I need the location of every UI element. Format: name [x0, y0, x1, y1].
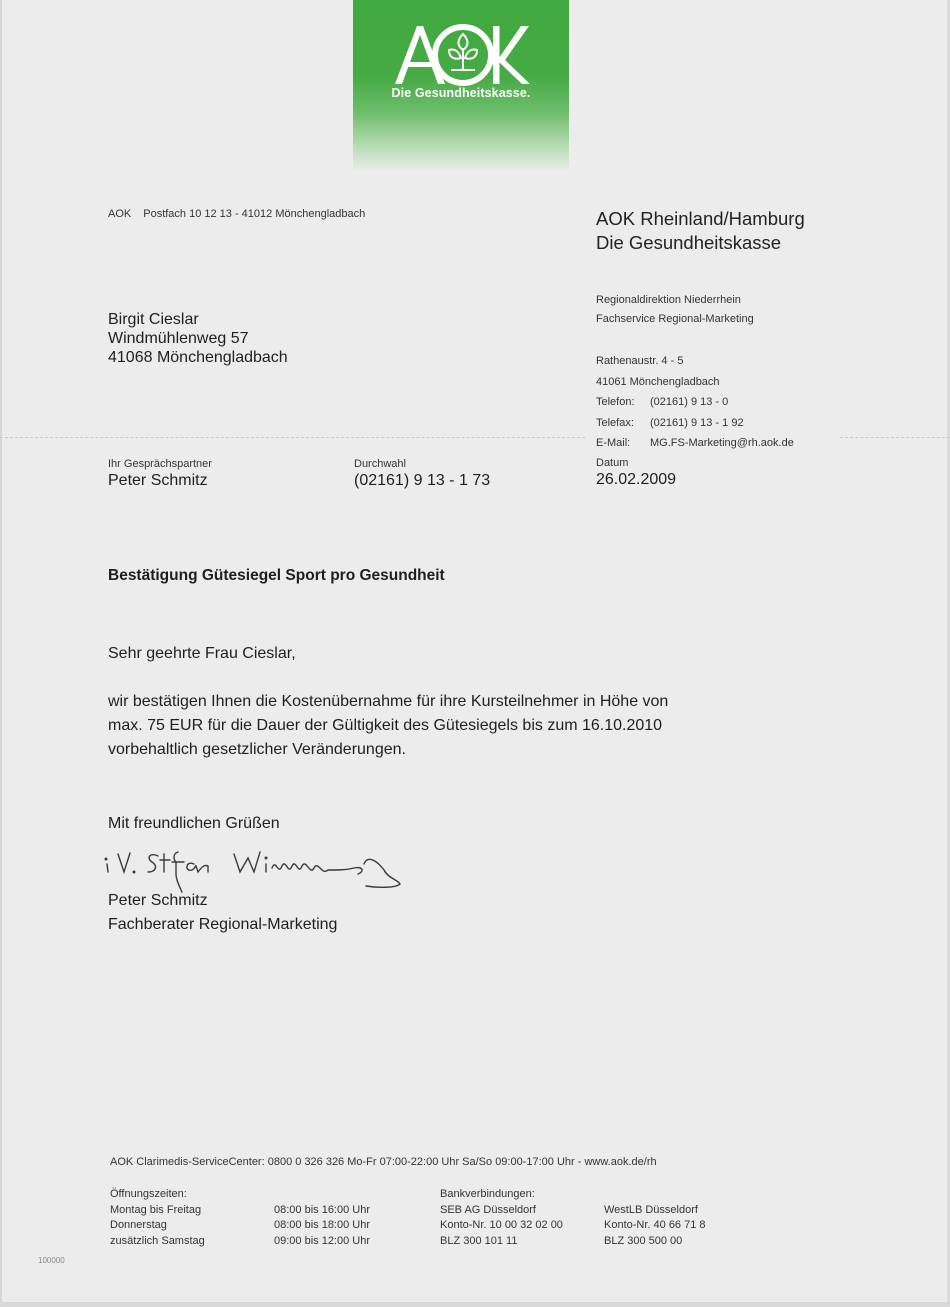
email-label: E-Mail:: [596, 433, 650, 454]
footer-hours-times: 08:00 bis 16:00 Uhr 08:00 bis 18:00 Uhr …: [274, 1203, 370, 1250]
bank-account: Konto-Nr. 10 00 32 02 00: [440, 1218, 563, 1234]
letter-subject: Bestätigung Gütesiegel Sport pro Gesundh…: [108, 567, 445, 585]
recipient-city: 41068 Mönchengladbach: [108, 348, 288, 367]
org-name-line1: AOK Rheinland/Hamburg: [596, 207, 805, 231]
letter-closing: Mit freundlichen Grüßen: [108, 815, 280, 833]
hours-day: Donnerstag: [110, 1218, 205, 1234]
fold-mark: [0, 437, 585, 438]
reference-date: Datum 26.02.2009: [596, 457, 676, 489]
reference-contact: Ihr Gesprächspartner Peter Schmitz: [108, 458, 212, 490]
hours-day: Montag bis Freitag: [110, 1203, 205, 1219]
signer-name: Peter Schmitz: [108, 889, 337, 913]
body-line: max. 75 EUR für die Dauer der Gültigkeit…: [108, 714, 668, 738]
email-value[interactable]: MG.FS-Marketing@rh.aok.de: [650, 437, 794, 449]
footer-bank-2: WestLB Düsseldorf Konto-Nr. 40 66 71 8 B…: [604, 1203, 706, 1250]
footer-hours-days: Öffnungszeiten: Montag bis Freitag Donne…: [110, 1187, 205, 1249]
footer-bank-1: Bankverbindungen: SEB AG Düsseldorf Kont…: [440, 1187, 563, 1249]
bank-name: WestLB Düsseldorf: [604, 1203, 706, 1219]
bank-blz: BLZ 300 101 11: [440, 1234, 563, 1250]
fold-mark: [840, 437, 950, 438]
fax-label: Telefax:: [596, 413, 650, 434]
contact-value: Peter Schmitz: [108, 472, 212, 490]
letter-salutation: Sehr geehrte Frau Cieslar,: [108, 645, 296, 663]
extension-label: Durchwahl: [354, 458, 490, 470]
extension-value: (02161) 9 13 - 1 73: [354, 472, 490, 490]
recipient-name: Birgit Cieslar: [108, 310, 288, 329]
hours-title: Öffnungszeiten:: [110, 1187, 205, 1203]
organization-department: Regionaldirektion Niederrhein Fachservic…: [596, 291, 754, 329]
letter-signer: Peter Schmitz Fachberater Regional-Marke…: [108, 889, 337, 937]
signer-title: Fachberater Regional-Marketing: [108, 913, 337, 937]
hours-time: 09:00 bis 12:00 Uhr: [274, 1234, 370, 1250]
org-city: 41061 Mönchengladbach: [596, 372, 794, 393]
scan-edge-left: [0, 0, 2, 1307]
aok-logo: Die Gesundheitskasse.: [353, 0, 569, 172]
organization-contact: Rathenaustr. 4 - 5 41061 Mönchengladbach…: [596, 351, 794, 454]
hours-time: 08:00 bis 16:00 Uhr: [274, 1203, 370, 1219]
hours-day: zusätzlich Samstag: [110, 1234, 205, 1250]
org-street: Rathenaustr. 4 - 5: [596, 351, 794, 372]
reference-extension: Durchwahl (02161) 9 13 - 1 73: [354, 458, 490, 490]
bank-title: Bankverbindungen:: [440, 1187, 563, 1203]
scan-edge-bottom: [0, 1302, 950, 1307]
organization-name: AOK Rheinland/Hamburg Die Gesundheitskas…: [596, 207, 805, 255]
phone-value: (02161) 9 13 - 0: [650, 396, 728, 408]
sender-return-address: AOKPostfach 10 12 13 - 41012 Mönchenglad…: [108, 208, 365, 220]
sender-org: AOK: [108, 208, 131, 220]
org-email-row: E-Mail:MG.FS-Marketing@rh.aok.de: [596, 433, 794, 454]
letter-body: wir bestätigen Ihnen die Kostenübernahme…: [108, 690, 668, 762]
document-code: 100000: [38, 1256, 65, 1265]
recipient-address: Birgit Cieslar Windmühlenweg 57 41068 Mö…: [108, 310, 288, 367]
org-department1: Regionaldirektion Niederrhein: [596, 291, 754, 310]
body-line: wir bestätigen Ihnen die Kostenübernahme…: [108, 690, 668, 714]
bank-blz: BLZ 300 500 00: [604, 1234, 706, 1250]
org-fax-row: Telefax:(02161) 9 13 - 1 92: [596, 413, 794, 434]
org-name-line2: Die Gesundheitskasse: [596, 231, 805, 255]
fax-value: (02161) 9 13 - 1 92: [650, 417, 744, 429]
org-department2: Fachservice Regional-Marketing: [596, 310, 754, 329]
hours-time: 08:00 bis 18:00 Uhr: [274, 1218, 370, 1234]
recipient-street: Windmühlenweg 57: [108, 329, 288, 348]
date-label: Datum: [596, 457, 676, 469]
footer-service-center: AOK Clarimedis-ServiceCenter: 0800 0 326…: [110, 1156, 657, 1168]
logo-tagline: Die Gesundheitskasse.: [353, 86, 569, 100]
phone-label: Telefon:: [596, 392, 650, 413]
bank-name: SEB AG Düsseldorf: [440, 1203, 563, 1219]
body-line: vorbehaltlich gesetzlicher Veränderungen…: [108, 738, 668, 762]
org-phone-row: Telefon:(02161) 9 13 - 0: [596, 392, 794, 413]
sender-postbox: Postfach 10 12 13 - 41012 Mönchengladbac…: [143, 208, 365, 220]
bank-account: Konto-Nr. 40 66 71 8: [604, 1218, 706, 1234]
aok-wordmark-icon: [391, 22, 531, 88]
contact-label: Ihr Gesprächspartner: [108, 458, 212, 470]
date-value: 26.02.2009: [596, 471, 676, 489]
